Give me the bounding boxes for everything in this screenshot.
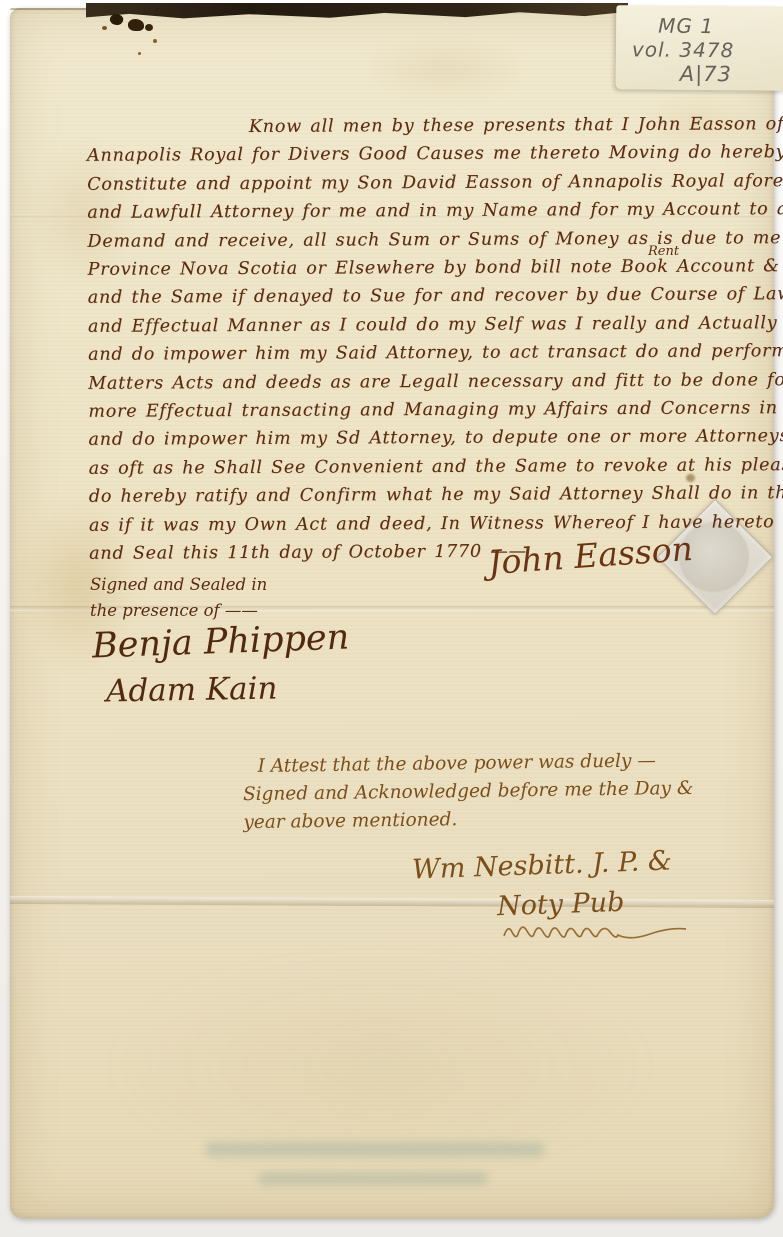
archive-ref-volume: vol. 3478	[632, 37, 783, 62]
body-line: and do impower him my Sd Attorney, to de…	[88, 423, 778, 455]
interlinear-insertion: Rent	[648, 244, 679, 259]
body-line: and the Same if denayed to Sue for and r…	[88, 281, 778, 313]
closing-note-line: Signed and Sealed in	[90, 572, 267, 598]
body-line: as oft as he Shall See Convenient and th…	[89, 451, 779, 483]
scanned-document-page: { "colors": { "paper": "#ece1c2", "ink_b…	[0, 0, 783, 1237]
body-line: more Effectual transacting and Managing …	[88, 394, 778, 426]
ink-blot	[100, 8, 170, 64]
body-line: Constitute and appoint my Son David Eass…	[87, 167, 777, 199]
body-line: Matters Acts and deeds as are Legall nec…	[88, 366, 778, 398]
ink-blot-spot	[145, 24, 153, 31]
archival-label: MG 1 vol. 3478 A|73	[616, 5, 783, 90]
closing-note-line: the presence of ——	[90, 598, 267, 624]
body-line: and Effectual Manner as I could do my Se…	[88, 309, 778, 341]
notary-title: Noty Pub	[496, 887, 624, 922]
notary-flourish-icon	[500, 920, 690, 950]
body-line: Annapolis Royal for Divers Good Causes m…	[87, 139, 777, 171]
body-line: and do impower him my Said Attorney, to …	[88, 337, 778, 369]
closing-note: Signed and Sealed inthe presence of ——	[90, 572, 267, 624]
ink-blot-spot	[153, 39, 157, 43]
attestation-block: I Attest that the above power was duely …	[242, 747, 694, 837]
archive-ref-item: A|73	[680, 62, 783, 87]
body-line: do hereby ratify and Confirm what he my …	[89, 479, 779, 511]
archive-ref-collection: MG 1	[658, 14, 783, 39]
ink-blot-spot	[109, 12, 125, 27]
manuscript-body: Know all men by these presents that I Jo…	[87, 110, 779, 568]
ink-blot-spot	[128, 19, 144, 31]
witness-signature-kain: Adam Kain	[106, 671, 278, 710]
ink-blot-spot	[102, 26, 107, 30]
body-line: and Lawfull Attorney for me and in my Na…	[87, 195, 777, 227]
ink-blot-spot	[138, 52, 141, 55]
body-line: Know all men by these presents that I Jo…	[87, 110, 777, 142]
